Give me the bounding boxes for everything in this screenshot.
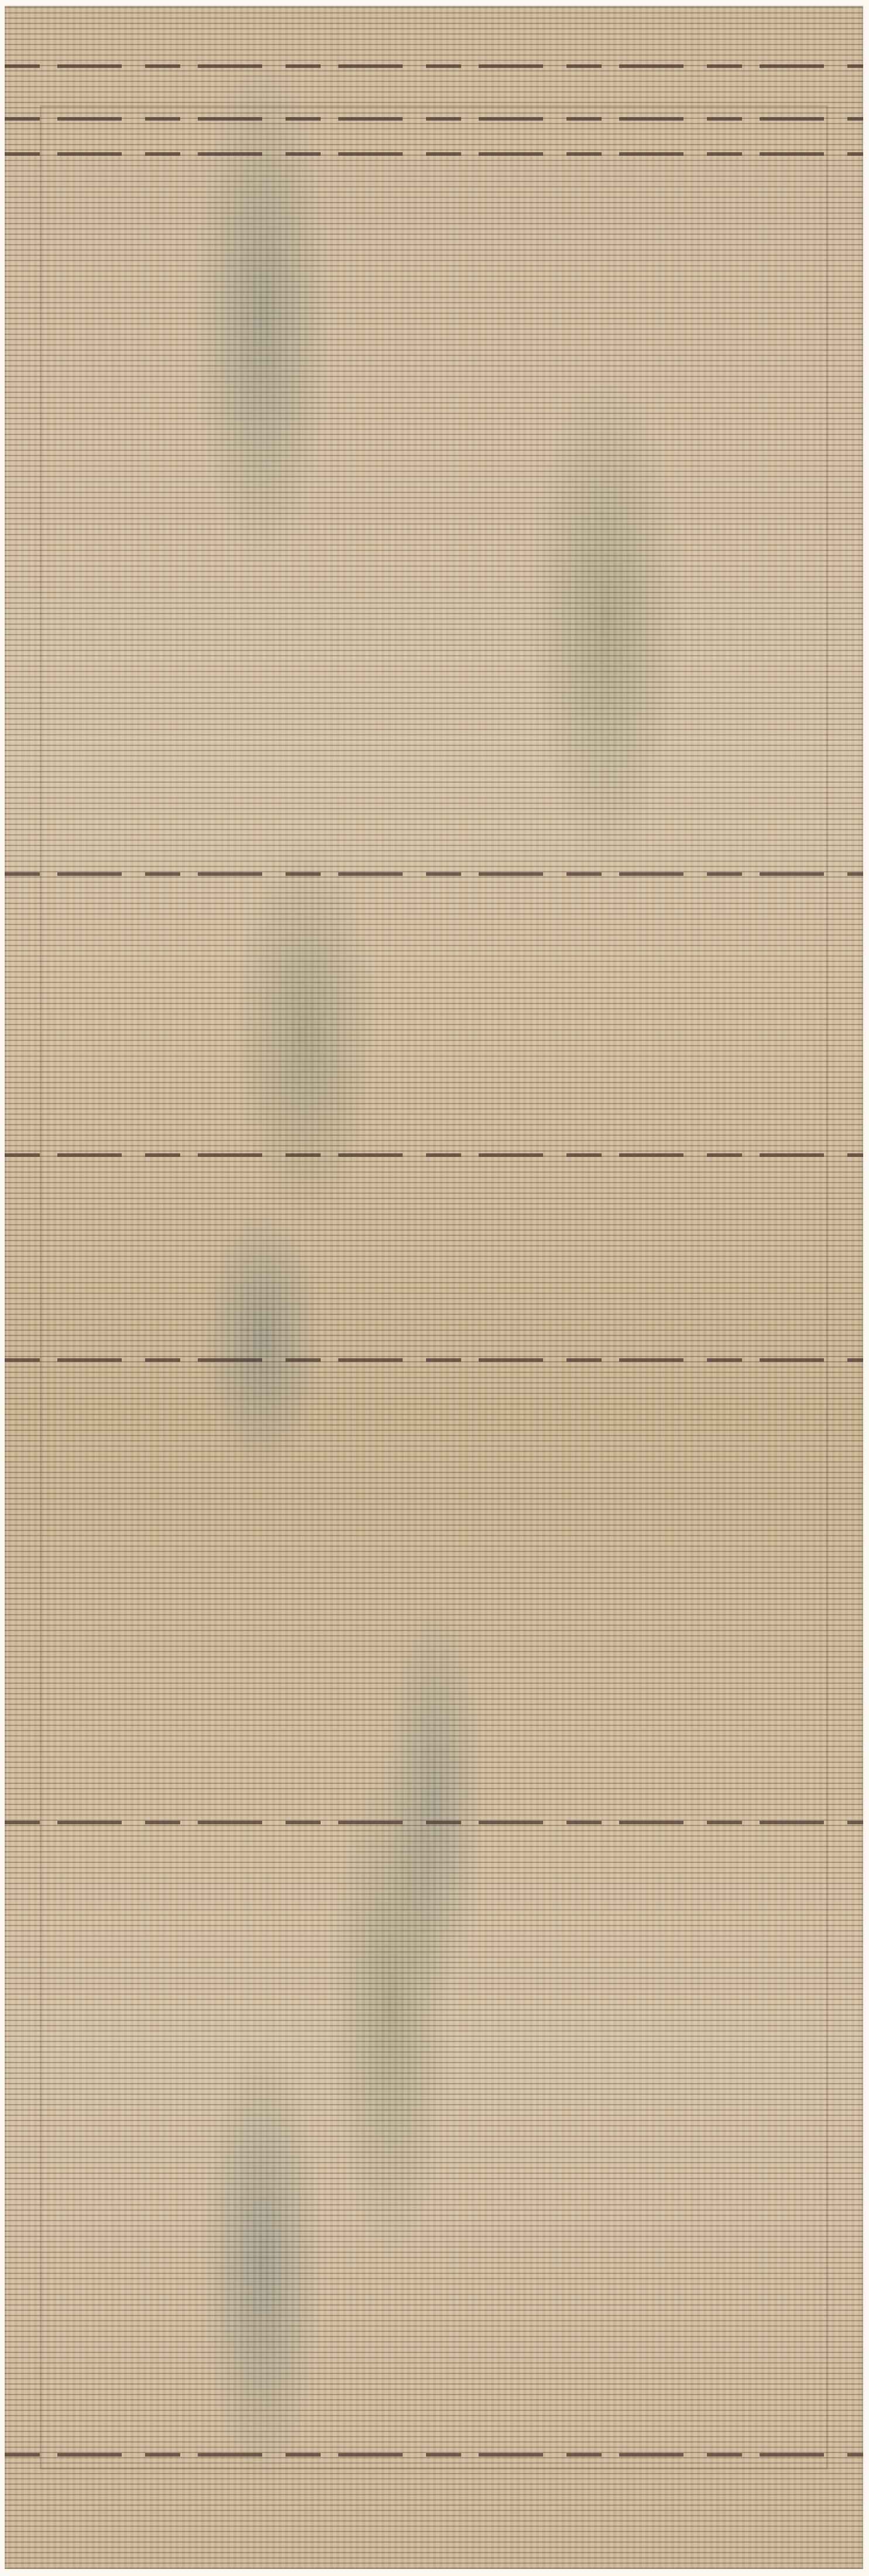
dark-stripe	[5, 64, 863, 68]
dark-stripe	[5, 152, 863, 156]
dark-stripe	[5, 872, 863, 876]
dark-stripe	[5, 1153, 863, 1157]
dark-stripe	[5, 1358, 863, 1362]
dark-stripe	[5, 117, 863, 121]
dark-stripe	[5, 1821, 863, 1824]
dark-stripe	[5, 2453, 863, 2457]
rug-runner-photo	[5, 6, 863, 2569]
rug-inner-border	[40, 105, 828, 2469]
